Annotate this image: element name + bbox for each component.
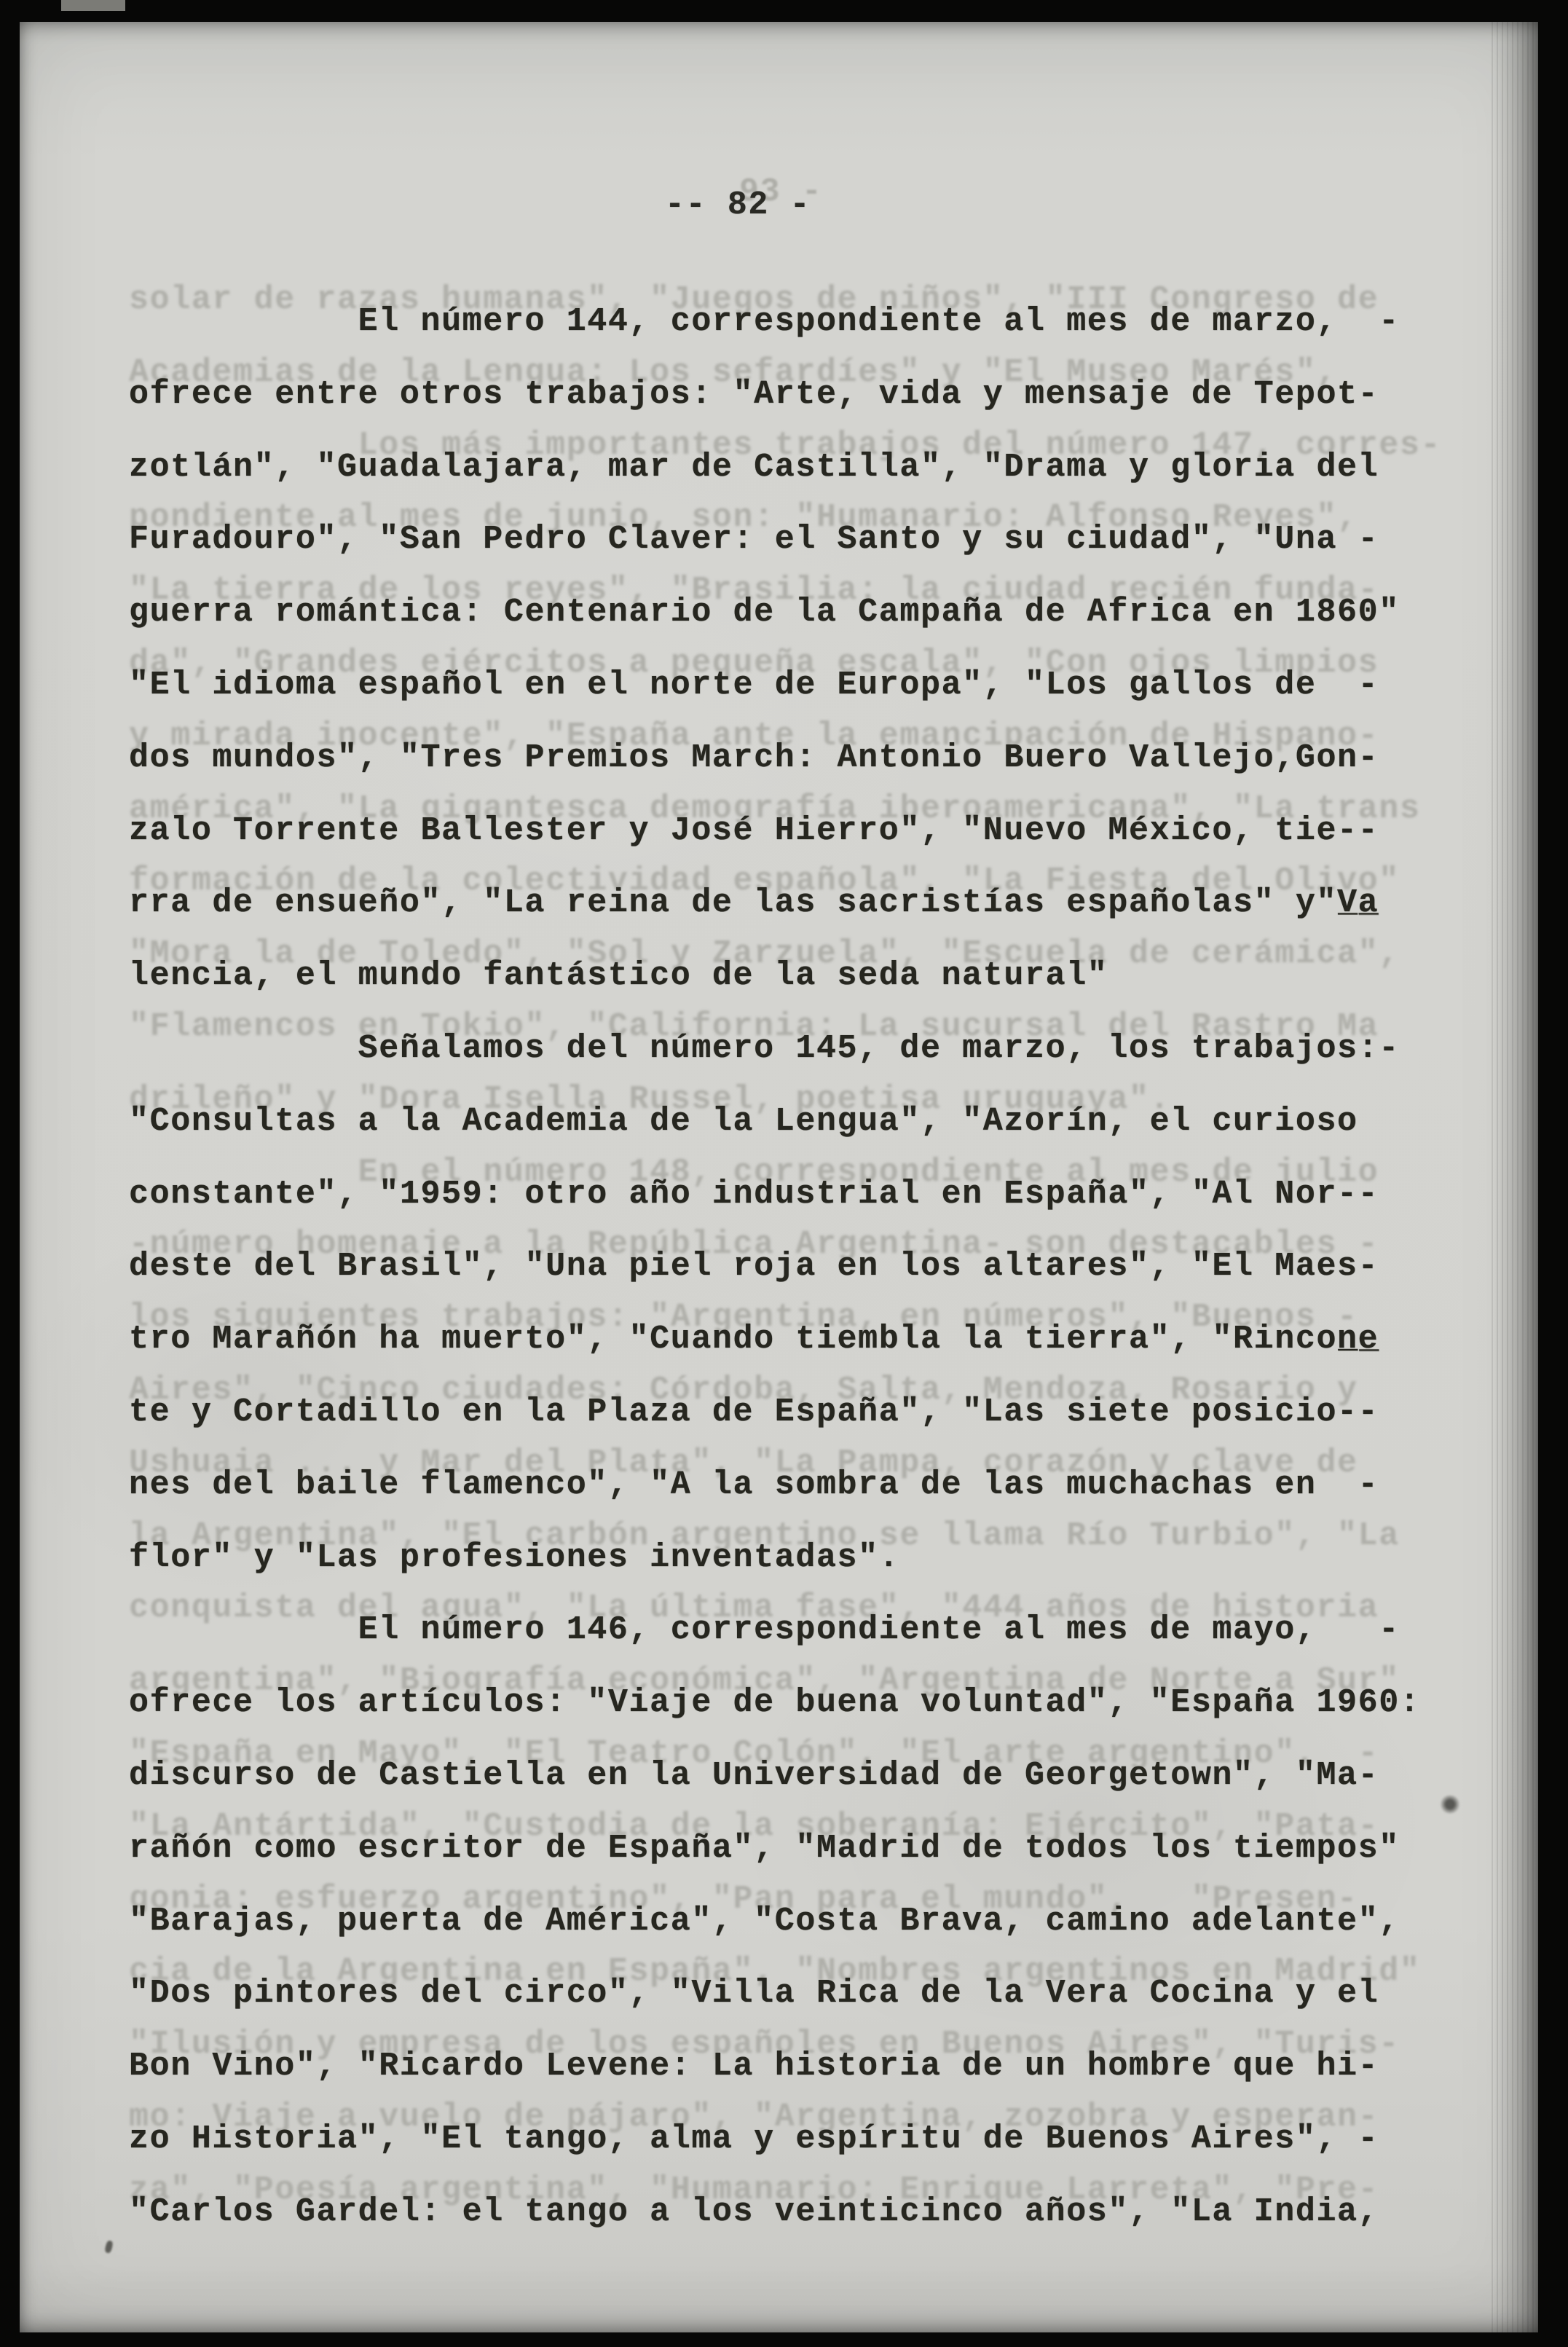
text-line: rra de ensueño", "La reina de las sacris…	[129, 867, 1556, 940]
text-line: El número 146, correspondiente al mes de…	[129, 1594, 1556, 1667]
paper-sheet: 93 - -- 82 - solar de razas humanas", "J…	[20, 22, 1538, 2332]
text-line: ofrece los artículos: "Viaje de buena vo…	[129, 1667, 1556, 1739]
scan-background: 93 - -- 82 - solar de razas humanas", "J…	[0, 0, 1568, 2347]
ink-mark	[104, 2240, 114, 2254]
text-line: tro Marañón ha muerto", "Cuando tiembla …	[129, 1303, 1556, 1376]
text-line: Furadouro", "San Pedro Claver: el Santo …	[129, 503, 1556, 576]
page-number: -- 82 -	[665, 186, 811, 224]
ink-spot	[1440, 1795, 1460, 1814]
text-line: flor" y "Las profesiones inventadas".	[129, 1522, 1556, 1595]
text-line: rañón como escritor de España", "Madrid …	[129, 1812, 1556, 1885]
text-line: guerra romántica: Centenario de la Campa…	[129, 576, 1556, 649]
typewritten-text: El número 144, correspondiente al mes de…	[129, 286, 1556, 2249]
text-line: zotlán", "Guadalajara, mar de Castilla",…	[129, 431, 1556, 504]
text-line: te y Cortadillo en la Plaza de España", …	[129, 1376, 1556, 1449]
text-line: "Carlos Gardel: el tango a los veinticin…	[129, 2176, 1556, 2249]
scan-artifact-notch	[61, 0, 125, 11]
text-line: nes del baile flamenco", "A la sombra de…	[129, 1449, 1556, 1522]
text-line: Señalamos del número 145, de marzo, los …	[129, 1013, 1556, 1085]
text-line: Bon Vino", "Ricardo Levene: La historia …	[129, 2030, 1556, 2103]
text-line: "Consultas a la Academia de la Lengua", …	[129, 1085, 1556, 1158]
text-line: discurso de Castiella en la Universidad …	[129, 1739, 1556, 1812]
text-line: ofrece entre otros trabajos: "Arte, vida…	[129, 358, 1556, 431]
text-line: dos mundos", "Tres Premios March: Antoni…	[129, 722, 1556, 795]
text-line: deste del Brasil", "Una piel roja en los…	[129, 1230, 1556, 1303]
text-line: "Barajas, puerta de América", "Costa Bra…	[129, 1885, 1556, 1958]
text-line: zo Historia", "El tango, alma y espíritu…	[129, 2103, 1556, 2176]
text-line: constante", "1959: otro año industrial e…	[129, 1158, 1556, 1231]
text-line: "El idioma español en el norte de Europa…	[129, 649, 1556, 722]
text-line: "Dos pintores del circo", "Villa Rica de…	[129, 1957, 1556, 2030]
text-line: zalo Torrente Ballester y José Hierro", …	[129, 795, 1556, 868]
text-line: El número 144, correspondiente al mes de…	[129, 286, 1556, 358]
text-line: lencia, el mundo fantástico de la seda n…	[129, 940, 1556, 1013]
